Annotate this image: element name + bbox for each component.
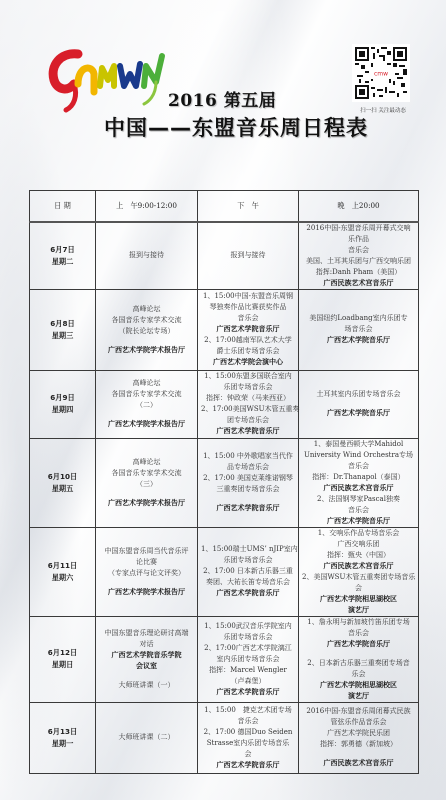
event-text: 各国音乐专家学术交流 (99, 468, 194, 479)
evening-cell: 2016中国-东盟音乐周开幕式交响乐作品音乐会美国、土耳其乐团与广西交响乐团指挥… (299, 222, 419, 290)
event-text: 音乐会 (302, 628, 415, 639)
event-text: 乐作品 (302, 234, 415, 245)
date-cell: 6月9日星期四 (30, 370, 96, 438)
event-text: 音乐会 (302, 505, 415, 516)
event-text: 会 (201, 749, 295, 760)
event-text: 1、15:00武汉音乐学院室内 (201, 621, 295, 632)
event-text: （三） (99, 479, 194, 490)
table-row: 6月7日星期二报到与接待报到与接待2016中国-东盟音乐周开幕式交响乐作品音乐会… (30, 222, 419, 290)
date-label: 6月13日 (33, 726, 92, 738)
weekday-label: 星期四 (33, 404, 92, 416)
event-text: 1、泰国曼西顿大学Mahidol (302, 439, 415, 450)
venue-label: 广西民族艺术宫音乐厅 (302, 561, 415, 572)
weekday-label: 星期三 (33, 330, 92, 342)
event-text: 1、15:00东盟多国联合室内 (201, 371, 295, 382)
venue-label: 广西民族艺术宫音乐厅 (302, 758, 415, 769)
table-row: 6月12日星期日中国东盟音乐理论研讨高端对话广西艺术学院音乐学院会议室大师班讲课… (30, 616, 419, 702)
morning-cell: 报到与接待 (96, 222, 198, 290)
event-text: 2016中国-东盟音乐周闭幕式民族 (302, 706, 415, 717)
spacer (99, 337, 194, 345)
venue-label: 广西艺术学院音乐厅 (302, 335, 415, 346)
venue-label: 广西艺术学院会演中心 (201, 357, 295, 368)
event-text: Strasse室内乐团专场音乐 (201, 738, 295, 749)
event-text: University Wind Orchestra专场 (302, 450, 415, 461)
event-text: 2、17:00广西艺术学院漓江 (201, 643, 295, 654)
column-header-afternoon: 下 午 (198, 191, 299, 222)
event-text: 乐团专场音乐会 (201, 632, 295, 643)
table-header-row: 日 期 上 午9:00-12:00 下 午 晚 上20:00 (30, 191, 419, 222)
event-text: （卢森堡） (201, 676, 295, 687)
weekday-label: 星期日 (33, 659, 92, 671)
event-text: 大师班讲课（一） (99, 680, 194, 691)
morning-cell: 大师班讲课（二） (96, 702, 198, 773)
afternoon-cell: 1、15:00 捷克艺术团专场音乐会2、17:00 德国Duo SeidenSt… (198, 702, 299, 773)
date-label: 6月7日 (33, 244, 92, 256)
venue-label: 广西艺术学院音乐厅 (302, 516, 415, 527)
event-text: 1、詹永明与新加坡竹笛乐团专场 (302, 617, 415, 628)
event-text: 美国、土耳其乐团与广西交响乐团 (302, 256, 415, 267)
afternoon-cell: 1、15:00 中外歌唱家当代作品专场音乐会2、17:00 美国克莱维诺钢琴三重… (198, 438, 299, 527)
event-text: 高峰论坛 (99, 457, 194, 468)
event-text: 指挥：甄央（中国） (302, 550, 415, 561)
event-text: 1、15:00中国-东盟音乐周钢 (201, 291, 295, 302)
event-text: 乐会 (302, 669, 415, 680)
event-text: 场音乐会 (302, 324, 415, 335)
event-text: 中国东盟音乐周当代音乐评 (99, 546, 194, 557)
venue-label: 广西艺术学院学术报告厅 (99, 419, 194, 430)
column-header-date: 日 期 (30, 191, 96, 222)
date-label: 6月8日 (33, 318, 92, 330)
venue-label: 广西艺术学院相思湖校区 (302, 680, 415, 691)
event-text: （专家点评与论文评奖） (99, 568, 194, 579)
afternoon-cell: 1、15:00东盟多国联合室内乐团专场音乐会指挥：钟政荣（马来西亚）2、17:0… (198, 370, 299, 438)
weekday-label: 星期二 (33, 256, 92, 268)
afternoon-cell: 1、15:00中国-东盟音乐周钢琴独奏作品比赛获奖作品音乐会广西艺术学院音乐厅2… (198, 289, 299, 370)
page-title: 中国——东盟音乐周日程表 (104, 112, 368, 142)
event-text: 美国纽约Loadbang室内乐团专 (302, 313, 415, 324)
column-header-morning: 上 午9:00-12:00 (96, 191, 198, 222)
evening-cell: 美国纽约Loadbang室内乐团专场音乐会广西艺术学院音乐厅 (299, 289, 419, 370)
event-text: 2、法国钢琴家Pascal独奏 (302, 494, 415, 505)
weekday-label: 星期六 (33, 572, 92, 584)
table-row: 6月10日星期五高峰论坛各国音乐专家学术交流（三）广西艺术学院学术报告厅1、15… (30, 438, 419, 527)
event-text: 指挥：Dr.Thanapol（泰国） (302, 472, 415, 483)
evening-cell: 2016中国-东盟音乐周闭幕式民族管弦乐作品音乐会广西艺术学院民乐团指挥：郭勇德… (299, 702, 419, 773)
event-text: 爵士乐团专场音乐会 (201, 346, 295, 357)
venue-label: 广西艺术学院音乐厅 (201, 503, 295, 514)
date-label: 6月9日 (33, 392, 92, 404)
schedule-body: 6月7日星期二报到与接待报到与接待2016中国-东盟音乐周开幕式交响乐作品音乐会… (30, 222, 419, 774)
event-text: 2、17:00美国WSU木管五重奏 (201, 404, 295, 415)
weekday-label: 星期五 (33, 483, 92, 495)
venue-label: 广西民族艺术宫音乐厅 (302, 278, 415, 289)
event-text: 2、17:00 日本新古乐器三重 (201, 566, 295, 577)
event-text: 会 (302, 583, 415, 594)
event-text: 1、交响乐作品专场音乐会 (302, 528, 415, 539)
event-text: 音乐会 (302, 245, 415, 256)
spacer (99, 579, 194, 587)
venue-label: 广西艺术学院音乐厅 (302, 639, 415, 650)
event-text: 论比赛 (99, 557, 194, 568)
venue-label: 广西艺术学院音乐学院 (99, 650, 194, 661)
venue-label: 广西艺术学院学术报告厅 (99, 345, 194, 356)
event-text: 室内乐团专场音乐会 (201, 654, 295, 665)
venue-label: 演艺厅 (302, 605, 415, 616)
spacer (99, 490, 194, 498)
table-row: 6月13日星期一大师班讲课（二）1、15:00 捷克艺术团专场音乐会2、17:0… (30, 702, 419, 773)
spacer (302, 400, 415, 408)
column-header-evening: 晚 上20:00 (299, 191, 419, 222)
event-text: 2016中国-东盟音乐周开幕式交响 (302, 223, 415, 234)
date-cell: 6月12日星期日 (30, 616, 96, 702)
event-text: 音乐会 (302, 461, 415, 472)
venue-label: 广西艺术学院音乐厅 (201, 426, 295, 437)
event-text: 高峰论坛 (99, 378, 194, 389)
event-text: （二） (99, 400, 194, 411)
table-row: 6月9日星期四高峰论坛各国音乐专家学术交流（二）广西艺术学院学术报告厅1、15:… (30, 370, 419, 438)
event-text: 1、15:00 捷克艺术团专场 (201, 705, 295, 716)
date-label: 6月12日 (33, 647, 92, 659)
date-cell: 6月8日星期三 (30, 289, 96, 370)
venue-label: 广西艺术学院音乐厅 (302, 408, 415, 419)
event-text: 土耳其室内乐团专场音乐会 (302, 389, 415, 400)
event-text: 2、17:00 德国Duo Seiden (201, 727, 295, 738)
event-text: 指挥：钟政荣（马来西亚） (201, 393, 295, 404)
date-cell: 6月13日星期一 (30, 702, 96, 773)
venue-label: 演艺厅 (302, 691, 415, 702)
event-text: 广西交响乐团 (302, 539, 415, 550)
afternoon-cell: 1、15:00瑞士UMS’ nJIP室内乐团专场音乐会2、17:00 日本新古乐… (198, 527, 299, 616)
event-text: 各国音乐专家学术交流 (99, 315, 194, 326)
qr-code[interactable]: cmw (352, 44, 410, 102)
spacer (99, 672, 194, 680)
title-edition: 2016 第五届 (168, 86, 276, 111)
event-text: 对话 (99, 639, 194, 650)
weekday-label: 星期一 (33, 738, 92, 750)
spacer (99, 411, 194, 419)
event-text: 音乐会 (201, 716, 295, 727)
event-text: 各国音乐专家学术交流 (99, 389, 194, 400)
evening-cell: 1、交响乐作品专场音乐会广西交响乐团指挥：甄央（中国）广西民族艺术宫音乐厅2、美… (299, 527, 419, 616)
venue-label: 广西艺术学院学术报告厅 (99, 587, 194, 598)
event-text: 中国东盟音乐理论研讨高端 (99, 628, 194, 639)
evening-cell: 1、泰国曼西顿大学MahidolUniversity Wind Orchestr… (299, 438, 419, 527)
venue-label: 广西艺术学院相思湖校区 (302, 594, 415, 605)
event-text: 指挥:Danh Pham（美国） (302, 267, 415, 278)
venue-label: 广西艺术学院音乐厅 (201, 324, 295, 335)
event-text: 奏团、大祐长笛专场音乐会 (201, 577, 295, 588)
venue-label: 广西艺术学院学术报告厅 (99, 498, 194, 509)
date-cell: 6月11日星期六 (30, 527, 96, 616)
morning-cell: 中国东盟音乐理论研讨高端对话广西艺术学院音乐学院会议室大师班讲课（一） (96, 616, 198, 702)
event-text: 指挥：郭勇德（新加坡） (302, 739, 415, 750)
event-text: 报到与接待 (201, 250, 295, 261)
schedule-table: 日 期 上 午9:00-12:00 下 午 晚 上20:00 6月7日星期二报到… (29, 190, 419, 774)
event-text: 音乐会 (201, 313, 295, 324)
event-text: 大师班讲课（二） (99, 732, 194, 743)
date-label: 6月11日 (33, 560, 92, 572)
morning-cell: 高峰论坛各国音乐专家学术交流（二）广西艺术学院学术报告厅 (96, 370, 198, 438)
event-text: 乐团专场音乐会 (201, 555, 295, 566)
event-text: 2、17:00越南军队艺术大学 (201, 335, 295, 346)
table-row: 6月8日星期三高峰论坛各国音乐专家学术交流（院长论坛专场）广西艺术学院学术报告厅… (30, 289, 419, 370)
venue-label: 广西艺术学院音乐厅 (201, 588, 295, 599)
venue-label: 广西艺术学院音乐厅 (201, 687, 295, 698)
camwn-logo (48, 44, 168, 116)
venue-label: 会议室 (99, 661, 194, 672)
qr-code-block: cmw 扫一扫 关注最动态 (352, 44, 414, 114)
svg-text:cmw: cmw (374, 70, 388, 77)
morning-cell: 高峰论坛各国音乐专家学术交流（院长论坛专场）广西艺术学院学术报告厅 (96, 289, 198, 370)
event-text: 乐团专场音乐会 (201, 382, 295, 393)
event-text: 广西艺术学院民乐团 (302, 728, 415, 739)
morning-cell: 高峰论坛各国音乐专家学术交流（三）广西艺术学院学术报告厅 (96, 438, 198, 527)
spacer (201, 495, 295, 503)
event-text: 报到与接待 (99, 250, 194, 261)
event-text: 品专场音乐会 (201, 462, 295, 473)
qr-caption: 扫一扫 关注最动态 (352, 106, 414, 114)
afternoon-cell: 1、15:00武汉音乐学院室内乐团专场音乐会2、17:00广西艺术学院漓江室内乐… (198, 616, 299, 702)
table-row: 6月11日星期六中国东盟音乐周当代音乐评论比赛（专家点评与论文评奖）广西艺术学院… (30, 527, 419, 616)
event-text: 2、17:00 美国克莱维诺钢琴 (201, 473, 295, 484)
event-text: 管弦乐作品音乐会 (302, 717, 415, 728)
date-cell: 6月10日星期五 (30, 438, 96, 527)
event-text: 团专场音乐会 (201, 415, 295, 426)
event-text: 指挥：Marcel Wengler (201, 665, 295, 676)
event-text: （院长论坛专场） (99, 326, 194, 337)
event-text: 2、美国WSU木管五重奏团专场音乐 (302, 572, 415, 583)
morning-cell: 中国东盟音乐周当代音乐评论比赛（专家点评与论文评奖）广西艺术学院学术报告厅 (96, 527, 198, 616)
afternoon-cell: 报到与接待 (198, 222, 299, 290)
date-cell: 6月7日星期二 (30, 222, 96, 290)
event-text: 三重奏团专场音乐会 (201, 484, 295, 495)
evening-cell: 土耳其室内乐团专场音乐会广西艺术学院音乐厅 (299, 370, 419, 438)
venue-label: 广西艺术学院音乐厅 (201, 760, 295, 771)
date-label: 6月10日 (33, 471, 92, 483)
venue-label: 广西民族艺术宫音乐厅 (302, 483, 415, 494)
evening-cell: 1、詹永明与新加坡竹笛乐团专场音乐会广西艺术学院音乐厅2、日本新古乐器三重奏团专… (299, 616, 419, 702)
event-text: 1、15:00瑞士UMS’ nJIP室内 (201, 544, 295, 555)
event-text: 高峰论坛 (99, 304, 194, 315)
spacer (302, 650, 415, 658)
spacer (302, 750, 415, 758)
event-text: 2、日本新古乐器三重奏团专场音 (302, 658, 415, 669)
event-text: 1、15:00 中外歌唱家当代作 (201, 451, 295, 462)
event-text: 琴独奏作品比赛获奖作品 (201, 302, 295, 313)
